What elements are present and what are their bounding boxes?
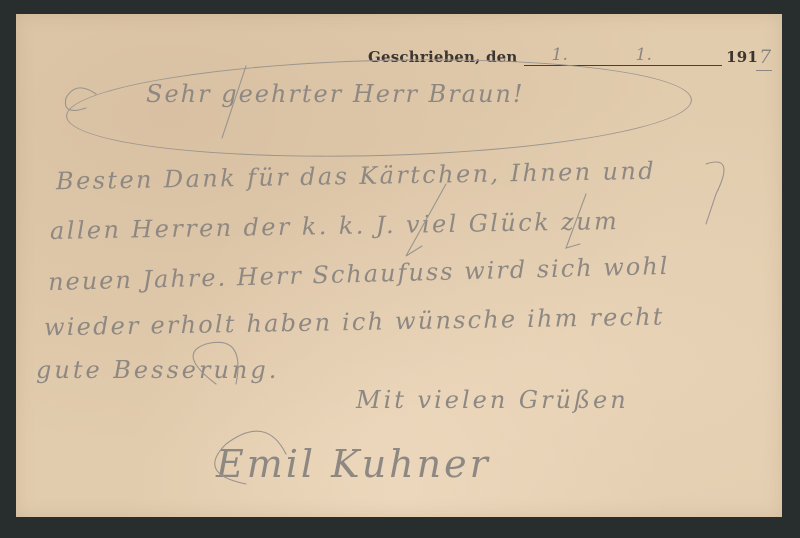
handwritten-year-digit: 7 xyxy=(759,46,771,68)
closing-text: Mit vielen Grüßen xyxy=(356,386,629,414)
body-line-2: allen Herren der k. k. J. viel Glück zum xyxy=(50,207,620,245)
greeting-text: Sehr geehrter Herr Braun! xyxy=(146,80,525,108)
printed-year-prefix: 191 xyxy=(726,48,758,66)
body-line-5: gute Besserung. xyxy=(36,356,279,384)
body-line-1: Besten Dank für das Kärtchen, Ihnen und xyxy=(56,157,656,195)
greeting-flourish-ellipse xyxy=(65,52,693,164)
year-underline xyxy=(756,70,772,71)
handwritten-day: 1. xyxy=(552,45,569,65)
body-line-3: neuen Jahre. Herr Schaufuss wird sich wo… xyxy=(48,252,670,296)
year-field: 191 7 xyxy=(726,48,758,66)
body-line-4: wieder erholt haben ich wünsche ihm rech… xyxy=(44,303,665,342)
signature: Emil Kuhner xyxy=(216,442,491,486)
line-end-flourish xyxy=(706,162,724,224)
handwritten-month: 1. xyxy=(636,45,653,65)
postcard: Geschrieben, den 1. 1. 191 7 Sehr geehrt… xyxy=(16,14,782,517)
